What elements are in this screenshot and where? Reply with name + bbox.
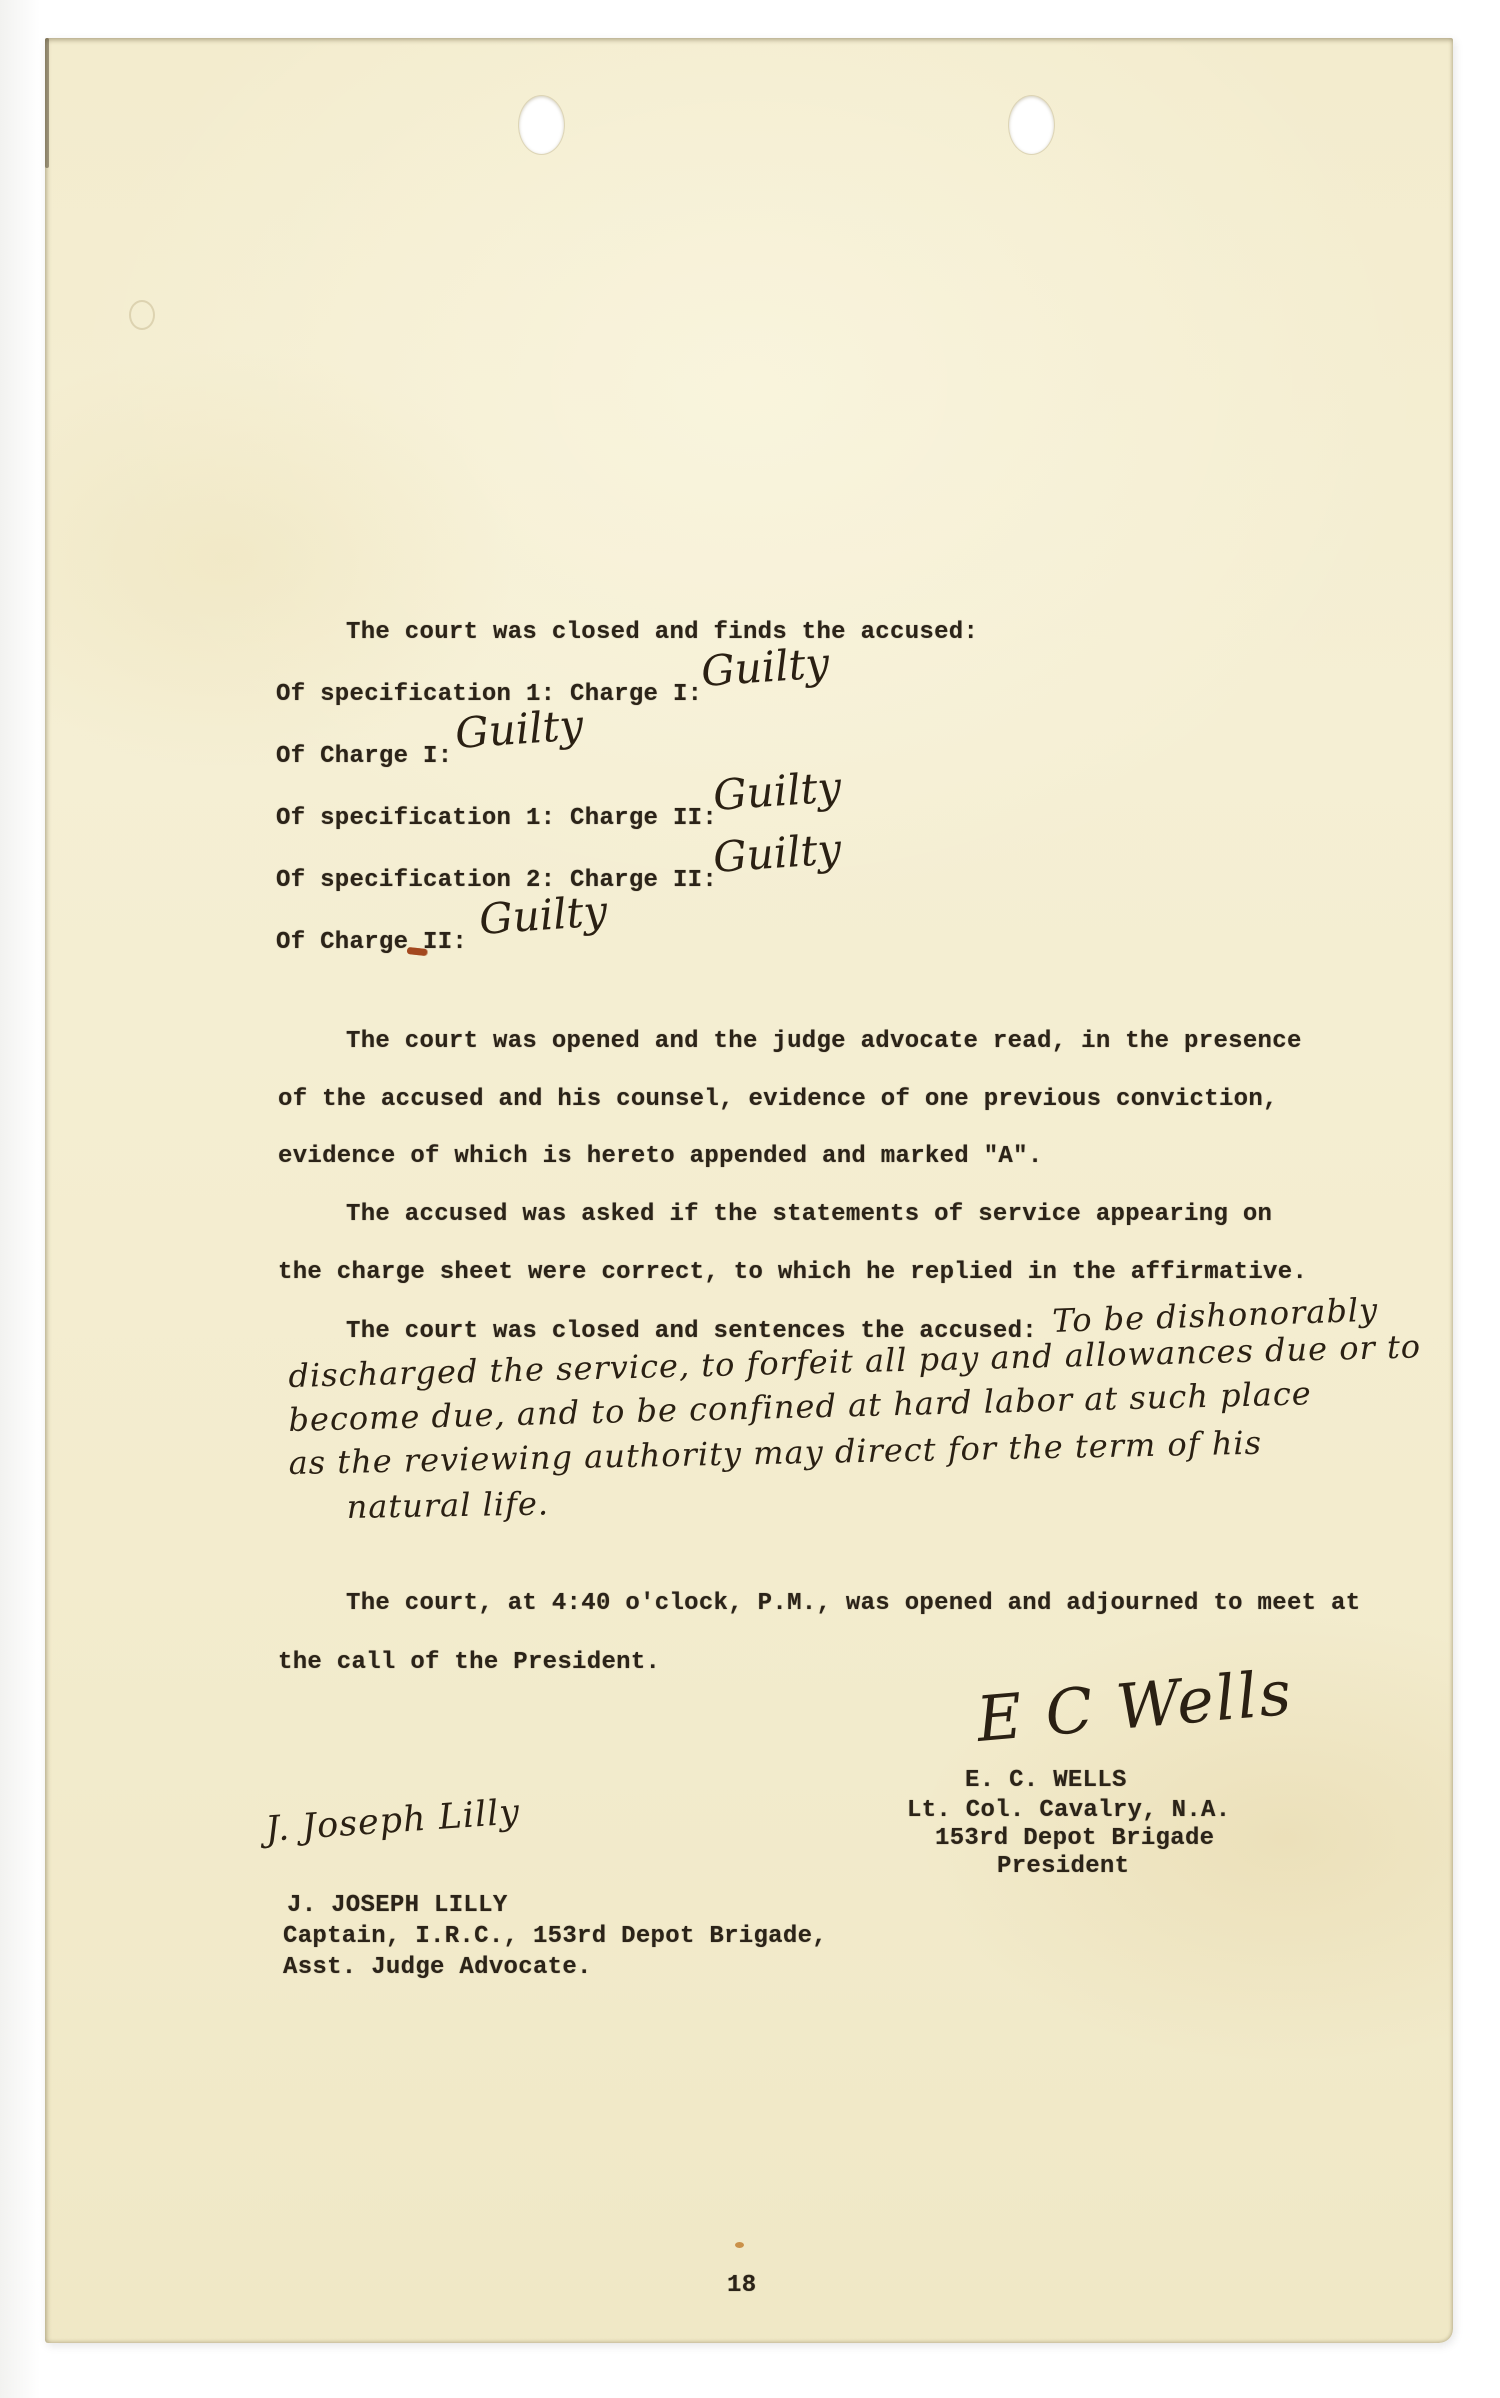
lilly-name: J. JOSEPH LILLY <box>287 1892 508 1919</box>
punch-hole-right <box>1009 96 1054 154</box>
opened-paragraph-line-2: of the accused and his counsel, evidence… <box>278 1086 1278 1113</box>
opened-paragraph-line-1: The court was opened and the judge advoc… <box>346 1028 1302 1055</box>
document-page: The court was closed and finds the accus… <box>45 38 1453 2343</box>
accused-paragraph-line-1: The accused was asked if the statements … <box>346 1201 1272 1228</box>
finding-label-4: Of specification 2: Charge II: <box>276 867 717 894</box>
wells-unit: 153rd Depot Brigade <box>935 1825 1214 1852</box>
paper-orange-speck <box>735 2242 744 2248</box>
finding-verdict-1: Guilty <box>700 638 831 696</box>
page-number: 18 <box>727 2272 756 2299</box>
finding-verdict-3: Guilty <box>712 762 843 820</box>
findings-intro: The court was closed and finds the accus… <box>346 619 978 646</box>
finding-label-2: Of Charge I: <box>276 743 452 770</box>
finding-label-3: Of specification 1: Charge II: <box>276 805 717 832</box>
wells-name: E. C. WELLS <box>965 1767 1127 1794</box>
sentence-hand-line-5: natural life. <box>346 1484 549 1526</box>
finding-verdict-5: Guilty <box>478 886 609 944</box>
adjourn-paragraph-line-2: the call of the President. <box>278 1649 660 1676</box>
lilly-rank: Captain, I.R.C., 153rd Depot Brigade, <box>283 1923 827 1950</box>
wells-title: President <box>997 1853 1129 1880</box>
paper-stain-ring <box>129 300 155 330</box>
finding-label-1: Of specification 1: Charge I: <box>276 681 702 708</box>
paper-edge-shadow <box>45 38 49 168</box>
finding-label-5: Of Charge II: <box>276 929 467 956</box>
opened-paragraph-line-3: evidence of which is hereto appended and… <box>278 1143 1043 1170</box>
accused-paragraph-line-2: the charge sheet were correct, to which … <box>278 1259 1307 1286</box>
wells-rank: Lt. Col. Cavalry, N.A. <box>907 1797 1230 1824</box>
wells-signature-script: E C Wells <box>974 1656 1296 1756</box>
punch-hole-left <box>519 96 564 154</box>
lilly-title: Asst. Judge Advocate. <box>283 1954 592 1981</box>
adjourn-paragraph-line-1: The court, at 4:40 o'clock, P.M., was op… <box>346 1590 1360 1617</box>
lilly-signature-script: J. Joseph Lilly <box>264 1792 521 1850</box>
finding-verdict-4: Guilty <box>712 824 843 882</box>
finding-verdict-2: Guilty <box>454 700 585 758</box>
